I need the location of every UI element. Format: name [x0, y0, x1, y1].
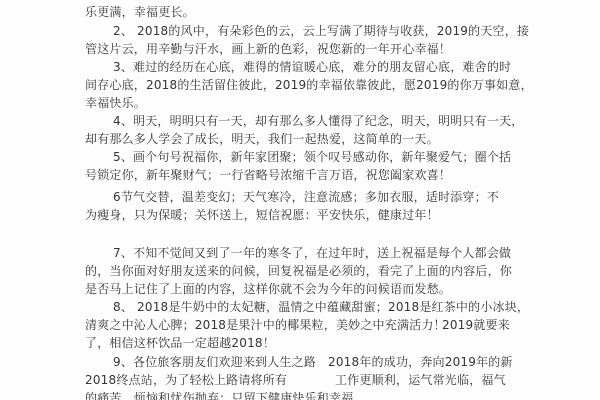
text-line: 6节气交替，温差变幻；天气寒冷，注意流感；多加衣服，适时添穿；不 [113, 190, 499, 205]
document-body: 乐更满，幸福更长。2、 2018的风中，有朵彩色的云，云上写满了期待与收获，20… [0, 0, 600, 400]
text-line: 2、 2018的风中，有朵彩色的云，云上写满了期待与收获，2019的天空，接 [113, 24, 529, 39]
text-line: 2018年的成功，奔向2019年的新 [328, 355, 513, 370]
text-line: 却有那么多人学会了成长，明天，我们一起热爱，这简单的一天。 [85, 132, 439, 147]
text-line: 的痛苦、烦恼和忧伤抛弃；只留下健康快乐和幸福 [85, 391, 353, 400]
text-line: 9、各位旅客朋友们欢迎来到人生之路 [113, 355, 316, 370]
text-line: 间存心底，2018的生活留住彼此，2019的幸福依靠彼此，愿2019的你万事如意… [85, 78, 533, 93]
text-line: 乐更满，幸福更长。 [85, 5, 195, 20]
text-line: 为瘦身，只为保暖；关怀送上，短信祝愿：平安快乐，健康过年！ [85, 208, 439, 223]
text-line: 了，相信这杯饮品一定超越2018！ [85, 336, 275, 351]
text-line: 工作更顺利，运气常光临，福气 [335, 373, 506, 388]
text-line: 的，当你面对好朋友送来的问候，回复祝福是必须的，看完了上面的内容后，你 [85, 264, 512, 279]
text-line: 2019就要来 [442, 318, 510, 333]
text-line: 幸福快乐。 [85, 96, 146, 111]
text-line: 7、不知不觉间又到了一年的寒冬了，在过年时，送上祝福是每个人都会做 [113, 246, 511, 261]
text-line: 3、难过的经历在心底，难得的情谊暖心底，难分的朋友留心底，难舍的时 [113, 60, 511, 75]
text-line: 5、画个句号祝福你，新年家团聚；领个叹号感动你，新年聚爱气；圈个括 [113, 150, 511, 165]
page: 乐更满，幸福更长。2、 2018的风中，有朵彩色的云，云上写满了期待与收获，20… [0, 0, 600, 400]
text-line: 4、明天，明明只有一天，却有那么多人懂得了纪念，明天，明明只有一天， [113, 114, 523, 129]
text-line: 8、 2018是牛奶中的太妃糖，温情之中蕴藏甜蜜；2018是红茶中的小冰块， [113, 300, 529, 315]
text-line: 2018终点站，为了轻松上路请将所有 [85, 373, 287, 388]
text-line: 是否马上记住了上面的内容，这样你就不会为今年的问候语而发愁。 [85, 282, 451, 297]
text-line: 清爽之中沁人心脾；2018是果汁中的椰果粒，美妙之中充满活力！ [85, 318, 446, 333]
text-line: 号锁定你，新年聚财气；一行省略号浓缩千言万语，祝您阖家欢喜！ [85, 168, 451, 183]
text-line: 管这片云，用辛勤与汗水，画上新的色彩，祝您新的一年开心幸福！ [85, 42, 451, 57]
